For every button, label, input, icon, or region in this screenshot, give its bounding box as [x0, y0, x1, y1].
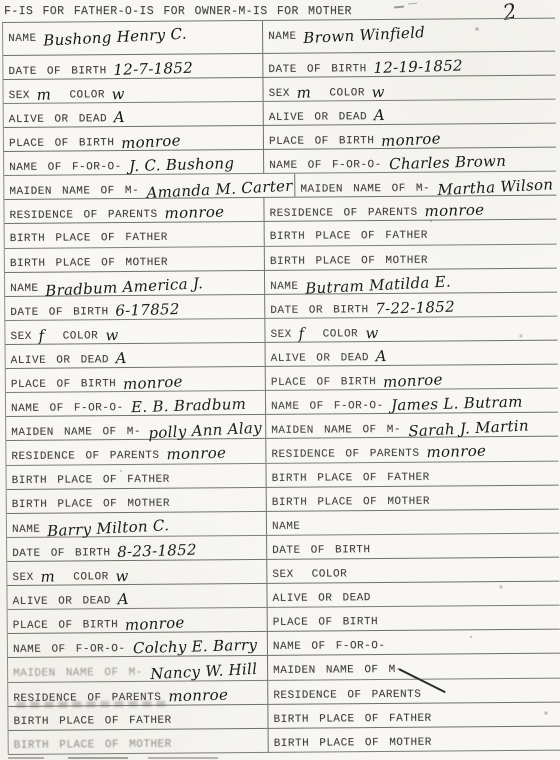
record-cell-right: BIRTH PLACE OF FATHER: [266, 461, 558, 486]
field-value-handwritten: w: [105, 326, 119, 345]
record-cell-right: NAMEBrown Winfield: [263, 19, 555, 53]
record-cell-right: BIRTH PLACE OF MOTHER: [269, 726, 560, 751]
record-cell-right: SEXmCOLORw: [263, 75, 555, 100]
field-value-handwritten: A: [374, 106, 386, 124]
field-label: BIRTH PLACE OF FATHER: [270, 230, 428, 243]
field-value-handwritten: 6-17852: [115, 300, 180, 320]
record-cell-left: NAME OF F-OR-O-Colchy E. Barry: [8, 632, 268, 657]
record-cell-left: ALIVE OR DEADA: [4, 102, 264, 127]
record-cell-left: SEXmCOLORw: [3, 78, 263, 103]
field-label: SEX: [12, 572, 33, 584]
field-label: NAME: [8, 33, 36, 45]
field-value-handwritten: m: [40, 567, 55, 586]
field-label: ALIVE OR DEAD: [272, 592, 370, 605]
field-label: COLOR: [329, 87, 365, 99]
record-cell-left: NAME OF F-OR-O-E. B. Bradbum: [6, 391, 266, 416]
record-cell-right: ALIVE OR DEAD: [267, 582, 559, 607]
record-cell-left: PLACE OF BIRTHmonroe: [4, 126, 264, 151]
table-row: BIRTH PLACE OF MOTHERBIRTH PLACE OF MOTH…: [9, 726, 560, 754]
field-value-handwritten: Brown Winfield: [303, 23, 426, 47]
field-value-handwritten: A: [114, 108, 126, 126]
field-value-handwritten: m: [37, 85, 52, 104]
record-cell-right: RESIDENCE OF PARENTS: [268, 678, 560, 703]
record-cell-left: BIRTH PLACE OF MOTHER: [9, 729, 269, 754]
field-label: COLOR: [323, 328, 359, 340]
field-value-handwritten: A: [116, 349, 128, 367]
records-table: NAMEBushong Henry C.NAMEBrown WinfieldDA…: [2, 18, 560, 755]
field-value-handwritten: 7-22-1852: [375, 297, 455, 317]
record-cell-right: DATE OF BIRTH: [267, 534, 559, 559]
field-label: NAME OF F-OR-O-: [269, 159, 382, 172]
field-label: MAIDEN NAME OF M-: [9, 185, 139, 198]
scan-mark-artifact: [394, 5, 404, 8]
record-cell-right: DATE OF BIRTH12-19-1852: [263, 51, 555, 76]
field-label: BIRTH PLACE OF FATHER: [273, 712, 431, 725]
field-value-handwritten: m: [297, 83, 312, 102]
field-value-handwritten: 12-19-1852: [373, 56, 463, 77]
record-cell-right: NAME OF F-OR-O-Charles Brown: [264, 148, 556, 173]
field-value-handwritten: E. B. Bradbum: [130, 395, 246, 416]
record-cell-right: ALIVE OR DEADA: [266, 341, 558, 366]
record-cell-left: PLACE OF BIRTHmonroe: [6, 367, 266, 392]
record-cell-left: DATE OF BIRTH12-7-1852: [3, 54, 263, 79]
field-label: BIRTH PLACE OF MOTHER: [270, 254, 428, 267]
record-cell-left: NAMEBushong Henry C.: [3, 21, 263, 55]
record-cell-left: SEXfCOLORw: [5, 319, 265, 344]
record-cell-left: MAIDEN NAME OF M-polly Ann Alay: [6, 415, 266, 440]
field-value-handwritten: w: [112, 85, 126, 104]
field-label: MAIDEN NAME OF M-: [300, 183, 430, 196]
field-value-handwritten: J. C. Bushong: [128, 154, 234, 175]
field-value-handwritten: monroe: [426, 442, 486, 462]
field-label: NAME: [272, 520, 300, 532]
record-cell-left: NAMEBarry Milton C.: [7, 512, 267, 537]
record-cell-left: MAIDEN NAME OF M-Amanda M. Carter: [4, 174, 295, 199]
record-cell-left: ALIVE OR DEADA: [6, 343, 266, 368]
field-label: NAME OF F-OR-O-: [273, 640, 386, 653]
field-label: DATE OF BIRTH: [272, 544, 370, 557]
record-cell-left: BIRTH PLACE OF FATHER: [6, 463, 266, 488]
field-label: BIRTH PLACE OF MOTHER: [274, 736, 432, 749]
field-value-handwritten: A: [376, 347, 388, 365]
scan-noise-specks: [0, 0, 2, 2]
field-value-handwritten: f: [38, 326, 45, 344]
field-label: MAIDEN NAME OF M-: [13, 667, 143, 680]
field-label: RESIDENCE OF PARENTS: [11, 450, 159, 463]
field-value-handwritten: w: [115, 567, 129, 586]
field-label: NAME: [10, 282, 38, 294]
record-cell-right: BIRTH PLACE OF MOTHER: [265, 244, 557, 269]
field-label: RESIDENCE OF PARENTS: [9, 209, 157, 222]
record-cell-right: SEXCOLOR: [267, 558, 559, 583]
field-value-handwritten: monroe: [164, 203, 224, 223]
field-value-handwritten: 12-7-1852: [113, 58, 193, 78]
field-value-handwritten: monroe: [383, 370, 444, 391]
field-label: COLOR: [73, 571, 109, 583]
record-cell-left: MAIDEN NAME OF M-Nancy W. Hill: [8, 656, 268, 681]
field-value-handwritten: James L. Butram: [390, 393, 522, 415]
record-cell-right: NAME: [267, 509, 559, 534]
field-label: PLACE OF BIRTH: [273, 616, 379, 629]
field-label: MAIDEN NAME OF M-: [11, 426, 141, 439]
field-label: BIRTH PLACE OF MOTHER: [12, 497, 170, 510]
field-label: BIRTH PLACE OF FATHER: [12, 473, 170, 486]
form-key-header: F-IS FOR FATHER-O-IS FOR OWNER-M-IS FOR …: [4, 5, 352, 18]
field-label: DATE OF BIRTH: [268, 63, 366, 76]
record-cell-left: DATE OF BIRTH8-23-1852: [7, 536, 267, 561]
field-label: PLACE OF BIRTH: [9, 137, 115, 150]
field-label: COLOR: [63, 330, 99, 342]
table-row: NAMEBushong Henry C.NAMEBrown Winfield: [3, 19, 555, 56]
field-label: NAME OF F-OR-O-: [13, 643, 126, 656]
field-label: SEX: [10, 331, 31, 343]
record-cell-right: NAME OF F-OR-O-: [268, 630, 560, 655]
field-value-handwritten: monroe: [121, 131, 182, 152]
record-cell-left: RESIDENCE OF PARENTSmonroe: [4, 198, 264, 223]
record-cell-left: BIRTH PLACE OF FATHER: [8, 705, 268, 730]
record-cell-left: BIRTH PLACE OF MOTHER: [5, 246, 265, 271]
field-value-handwritten: A: [118, 590, 130, 608]
field-value-handwritten: f: [298, 324, 305, 342]
scan-artifact-bottom: [8, 757, 248, 759]
record-cell-left: NAME OF F-OR-O-J. C. Bushong: [4, 150, 264, 175]
field-label: SEX: [270, 329, 291, 341]
field-value-handwritten: 8-23-1852: [117, 541, 197, 561]
field-label: SEX: [9, 90, 30, 102]
field-value-handwritten: monroe: [166, 444, 226, 464]
record-cell-right: MAIDEN NAME OF M-Sarah J. Martin: [266, 413, 558, 438]
field-value-handwritten: monroe: [123, 372, 184, 393]
record-cell-left: NAMEBradbum America J.: [5, 271, 265, 296]
field-value-handwritten: Colchy E. Barry: [132, 636, 257, 658]
record-cell-right: MAIDEN NAME OF M-Martha Wilson: [295, 172, 556, 197]
record-cell-right: RESIDENCE OF PARENTSmonroe: [264, 196, 556, 221]
field-label: ALIVE OR DEAD: [11, 354, 109, 367]
field-label: NAME: [12, 523, 40, 535]
record-cell-right: BIRTH PLACE OF MOTHER: [267, 485, 559, 510]
record-cell-right: PLACE OF BIRTH: [268, 606, 560, 631]
field-value-handwritten: w: [365, 324, 379, 343]
record-cell-left: DATE OF BIRTH6-17852: [5, 295, 265, 320]
field-value-handwritten: Bushong Henry C.: [43, 25, 187, 50]
field-label: DATE OF BIRTH: [12, 547, 110, 560]
record-cell-right: PLACE OF BIRTHmonroe: [266, 365, 558, 390]
field-label: RESIDENCE OF PARENTS: [271, 448, 419, 461]
field-label: NAME OF F-OR-O-: [9, 161, 122, 174]
field-label: DATE OF BIRTH: [8, 65, 106, 78]
record-cell-left: BIRTH PLACE OF FATHER: [5, 222, 265, 247]
record-cell-left: RESIDENCE OF PARENTSmonroe: [6, 439, 266, 464]
field-value-handwritten: w: [372, 83, 386, 102]
field-label: NAME: [270, 280, 298, 292]
record-cell-right: BIRTH PLACE OF FATHER: [265, 220, 557, 245]
field-label: BIRTH PLACE OF FATHER: [272, 471, 430, 484]
record-cell-right: NAME OF F-OR-O-James L. Butram: [266, 389, 558, 414]
field-label: RESIDENCE OF PARENTS: [273, 688, 421, 701]
field-label: BIRTH PLACE OF MOTHER: [272, 495, 430, 508]
field-label: NAME OF F-OR-O-: [271, 400, 384, 413]
field-value-handwritten: monroe: [168, 685, 228, 705]
field-label: PLACE OF BIRTH: [13, 619, 119, 632]
record-cell-right: RESIDENCE OF PARENTSmonroe: [266, 437, 558, 462]
field-label: DATE OF BIRTH: [10, 306, 108, 319]
field-label: BIRTH PLACE OF FATHER: [13, 714, 171, 727]
record-cell-left: ALIVE OR DEADA: [7, 584, 267, 609]
field-label: BIRTH PLACE OF MOTHER: [10, 256, 168, 269]
field-label: SEX: [272, 569, 293, 581]
field-label: SEX: [269, 88, 290, 100]
field-label: MAIDEN NAME OF M-: [273, 664, 403, 677]
record-cell-left: PLACE OF BIRTHmonroe: [8, 608, 268, 633]
field-label: ALIVE OR DEAD: [271, 352, 369, 365]
field-label: COLOR: [312, 568, 348, 580]
field-label: ALIVE OR DEAD: [13, 595, 111, 608]
field-label: NAME: [268, 31, 296, 43]
record-cell-right: BIRTH PLACE OF FATHER: [268, 702, 560, 727]
field-value-handwritten: monroe: [125, 614, 186, 635]
field-value-handwritten: monroe: [381, 129, 442, 150]
field-label: NAME OF F-OR-O-: [11, 402, 124, 415]
field-label: PLACE OF BIRTH: [11, 378, 117, 391]
field-label: PLACE OF BIRTH: [271, 376, 377, 389]
field-label: COLOR: [69, 89, 105, 101]
field-label: DATE OR BIRTH: [270, 304, 368, 317]
record-cell-right: NAMEButram Matilda E.: [265, 268, 557, 293]
field-label: RESIDENCE OF PARENTS: [269, 207, 417, 220]
record-cell-left: BIRTH PLACE OF MOTHER: [7, 488, 267, 513]
record-cell-right: ALIVE OR DEADA: [264, 100, 556, 125]
record-cell-right: PLACE OF BIRTHmonroe: [264, 124, 556, 149]
record-cell-right: SEXfCOLORw: [265, 317, 557, 342]
field-label: MAIDEN NAME OF M-: [271, 424, 401, 437]
field-value-handwritten: monroe: [424, 201, 484, 221]
record-cell-left: SEXmCOLORw: [7, 560, 267, 585]
field-label: BIRTH PLACE OF FATHER: [10, 232, 168, 245]
field-label: BIRTH PLACE OF MOTHER: [14, 738, 172, 751]
field-label: ALIVE OR DEAD: [9, 113, 107, 126]
field-label: PLACE OF BIRTH: [269, 135, 375, 148]
field-label: ALIVE OR DEAD: [269, 111, 367, 124]
field-value-handwritten: Charles Brown: [388, 152, 505, 173]
table-row: MAIDEN NAME OF M-Amanda M. CarterMAIDEN …: [4, 172, 556, 200]
